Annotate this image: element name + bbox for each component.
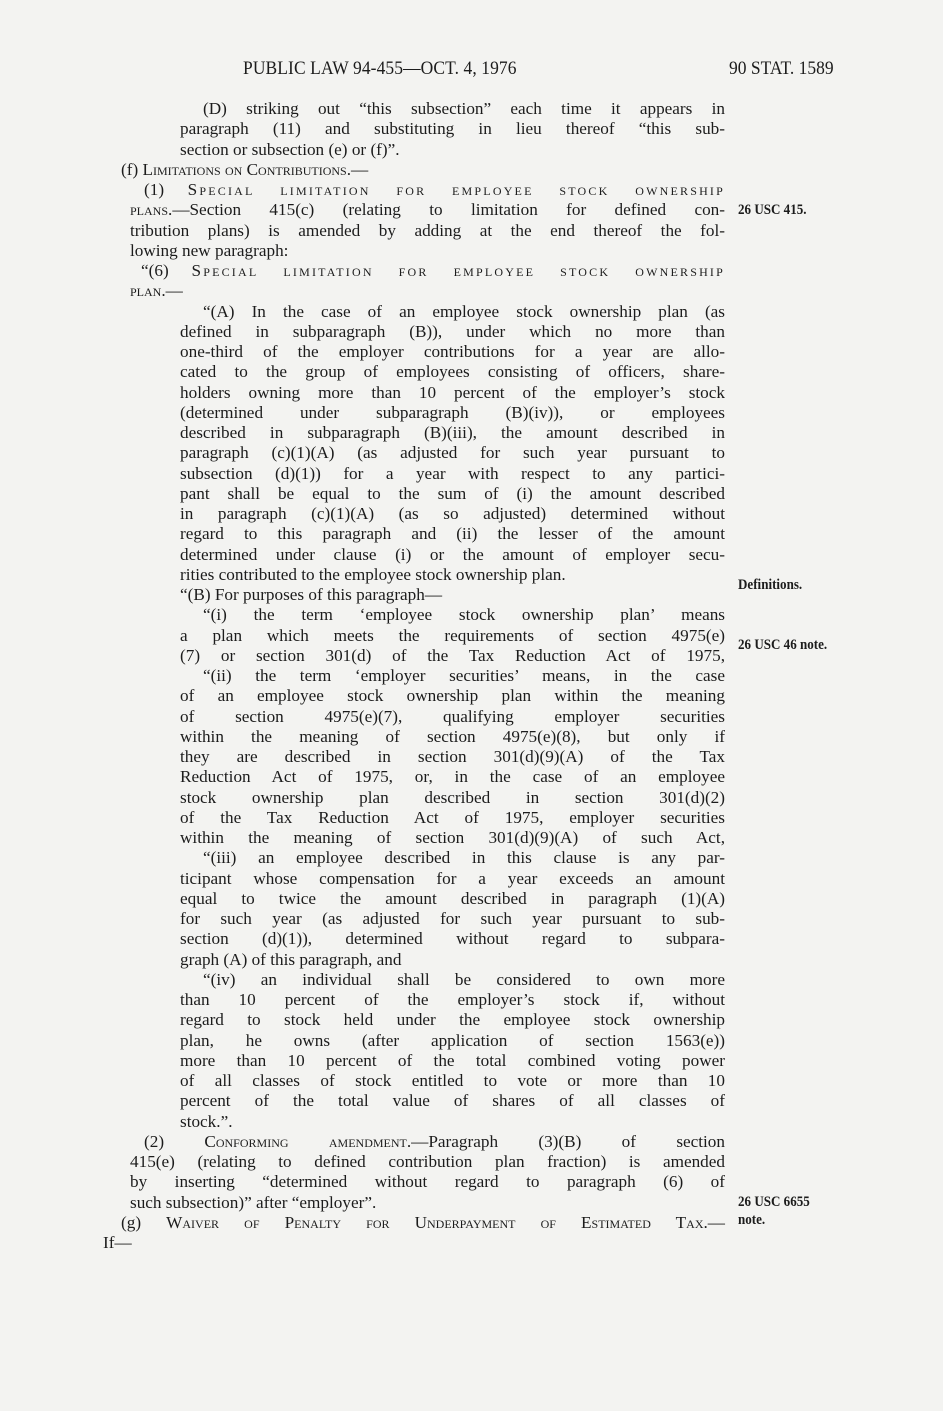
paragraph-number: “(6) (141, 261, 169, 280)
clause-ii-line: Reduction Act of 1975, or, in the case o… (103, 767, 725, 787)
clause-ii-line: “(ii) the term ‘employer securities’ mea… (103, 666, 725, 686)
subparagraph-A-line: pant shall be equal to the sum of (i) th… (103, 484, 725, 504)
subsection-g-heading: (g) Waiver of Penalty for Underpayment o… (103, 1213, 725, 1233)
clause-ii-line: within the meaning of section 4975(e)(8)… (103, 727, 725, 747)
subparagraph-A-line: “(A) In the case of an employee stock ow… (103, 302, 725, 322)
paragraph-1-line: plans.—Section 415(c) (relating to limit… (103, 200, 725, 220)
paragraph-1-line: tribution plans) is amended by adding at… (103, 221, 725, 241)
clause-D-line: paragraph (11) and substituting in lieu … (103, 119, 725, 139)
subsection-number: (f) (121, 160, 138, 179)
subparagraph-A-line: in paragraph (c)(1)(A) (as so adjusted) … (103, 504, 725, 524)
subparagraph-A-line: described in subparagraph (B)(iii), the … (103, 423, 725, 443)
paragraph-number: (2) (144, 1132, 164, 1151)
subparagraph-A-line: cated to the group of employees consisti… (103, 362, 725, 382)
margin-note-usc-415: 26 USC 415. (738, 201, 807, 219)
statute-page-number: 90 STAT. 1589 (729, 58, 834, 80)
clause-D-line: (D) striking out “this subsection” each … (103, 99, 725, 119)
paragraph-title: Special limitation for employee stock ow… (191, 261, 725, 280)
paragraph-2-line: such subsection)” after “employer”. (103, 1193, 725, 1213)
clause-iv-line: stock.”. (103, 1112, 725, 1132)
margin-note-usc-6655: 26 USC 6655 (738, 1193, 810, 1211)
subparagraph-A-line: holders owning more than 10 percent of t… (103, 383, 725, 403)
subparagraph-A-line: rities contributed to the employee stock… (103, 565, 725, 585)
subsection-g-line: If— (103, 1233, 725, 1253)
clause-iii-line: ticipant whose compensation for a year e… (103, 869, 725, 889)
statute-body: (D) striking out “this subsection” each … (103, 99, 725, 1253)
subparagraph-A-line: determined under clause (i) or the amoun… (103, 545, 725, 565)
paragraph-2-line: 415(e) (relating to defined contribution… (103, 1152, 725, 1172)
margin-note-usc-46: 26 USC 46 note. (738, 636, 827, 654)
subparagraph-A-line: regard to this paragraph and (ii) the le… (103, 524, 725, 544)
clause-i-line: (7) or section 301(d) of the Tax Reducti… (103, 646, 725, 666)
subparagraph-B-lead: “(B) For purposes of this paragraph— (103, 585, 725, 605)
paragraph-title: Conforming amendment. (204, 1132, 411, 1151)
clause-iv-line: plan, he owns (after application of sect… (103, 1031, 725, 1051)
clause-ii-line: within the meaning of section 301(d)(9)(… (103, 828, 725, 848)
running-head-title: PUBLIC LAW 94-455—OCT. 4, 1976 (243, 58, 517, 80)
paragraph-title: Special limitation for employee stock ow… (188, 180, 725, 199)
clause-ii-line: stock ownership plan described in sectio… (103, 788, 725, 808)
paragraph-1-heading: (1) Special limitation for employee stoc… (103, 180, 725, 200)
subsection-f-heading: (f) Limitations on Contributions.— (103, 160, 725, 180)
paragraph-number: (1) (144, 180, 164, 199)
clause-iv-line: of all classes of stock entitled to vote… (103, 1071, 725, 1091)
subparagraph-A-line: one-third of the employer contributions … (103, 342, 725, 362)
paragraph-6-heading-cont: plan.— (103, 281, 725, 301)
margin-note-usc-6655-note: note. (738, 1211, 765, 1229)
clause-iv-line: more than 10 percent of the total combin… (103, 1051, 725, 1071)
clause-ii-line: of section 4975(e)(7), qualifying employ… (103, 707, 725, 727)
clause-D-line: section or subsection (e) or (f)”. (103, 140, 725, 160)
clause-iii-line: “(iii) an employee described in this cla… (103, 848, 725, 868)
subparagraph-A-line: subsection (d)(1)) for a year with respe… (103, 464, 725, 484)
clause-i-line: a plan which meets the requirements of s… (103, 626, 725, 646)
clause-ii-line: they are described in section 301(d)(9)(… (103, 747, 725, 767)
clause-iv-line: “(iv) an individual shall be considered … (103, 970, 725, 990)
clause-ii-line: of the Tax Reduction Act of 1975, employ… (103, 808, 725, 828)
clause-iii-line: equal to twice the amount described in p… (103, 889, 725, 909)
page-header: PUBLIC LAW 94-455—OCT. 4, 1976 90 STAT. … (0, 58, 943, 82)
margin-note-definitions: Definitions. (738, 576, 802, 594)
paragraph-2-line: by inserting “determined without regard … (103, 1172, 725, 1192)
paragraph-6-heading: “(6) Special limitation for employee sto… (103, 261, 725, 281)
paragraph-1-line: lowing new paragraph: (103, 241, 725, 261)
clause-i-line: “(i) the term ‘employee stock ownership … (103, 605, 725, 625)
clause-iii-line: graph (A) of this paragraph, and (103, 950, 725, 970)
subparagraph-A-line: (determined under subparagraph (B)(iv)),… (103, 403, 725, 423)
clause-iii-line: section (d)(1)), determined without rega… (103, 929, 725, 949)
clause-iii-line: for such year (as adjusted for such year… (103, 909, 725, 929)
clause-iv-line: percent of the total value of shares of … (103, 1091, 725, 1111)
clause-iv-line: than 10 percent of the employer’s stock … (103, 990, 725, 1010)
subsection-number: (g) (121, 1213, 141, 1232)
clause-iv-line: regard to stock held under the employee … (103, 1010, 725, 1030)
subparagraph-A-line: defined in subparagraph (B)), under whic… (103, 322, 725, 342)
clause-ii-line: of an employee stock ownership plan with… (103, 686, 725, 706)
subsection-title: Limitations on Contributions.— (142, 160, 368, 179)
paragraph-title-cont: plans. (130, 200, 172, 219)
subparagraph-A-line: paragraph (c)(1)(A) (as adjusted for suc… (103, 443, 725, 463)
paragraph-2-heading: (2) Conforming amendment.—Paragraph (3)(… (103, 1132, 725, 1152)
subsection-title: Waiver of Penalty for Underpayment of Es… (166, 1213, 725, 1232)
